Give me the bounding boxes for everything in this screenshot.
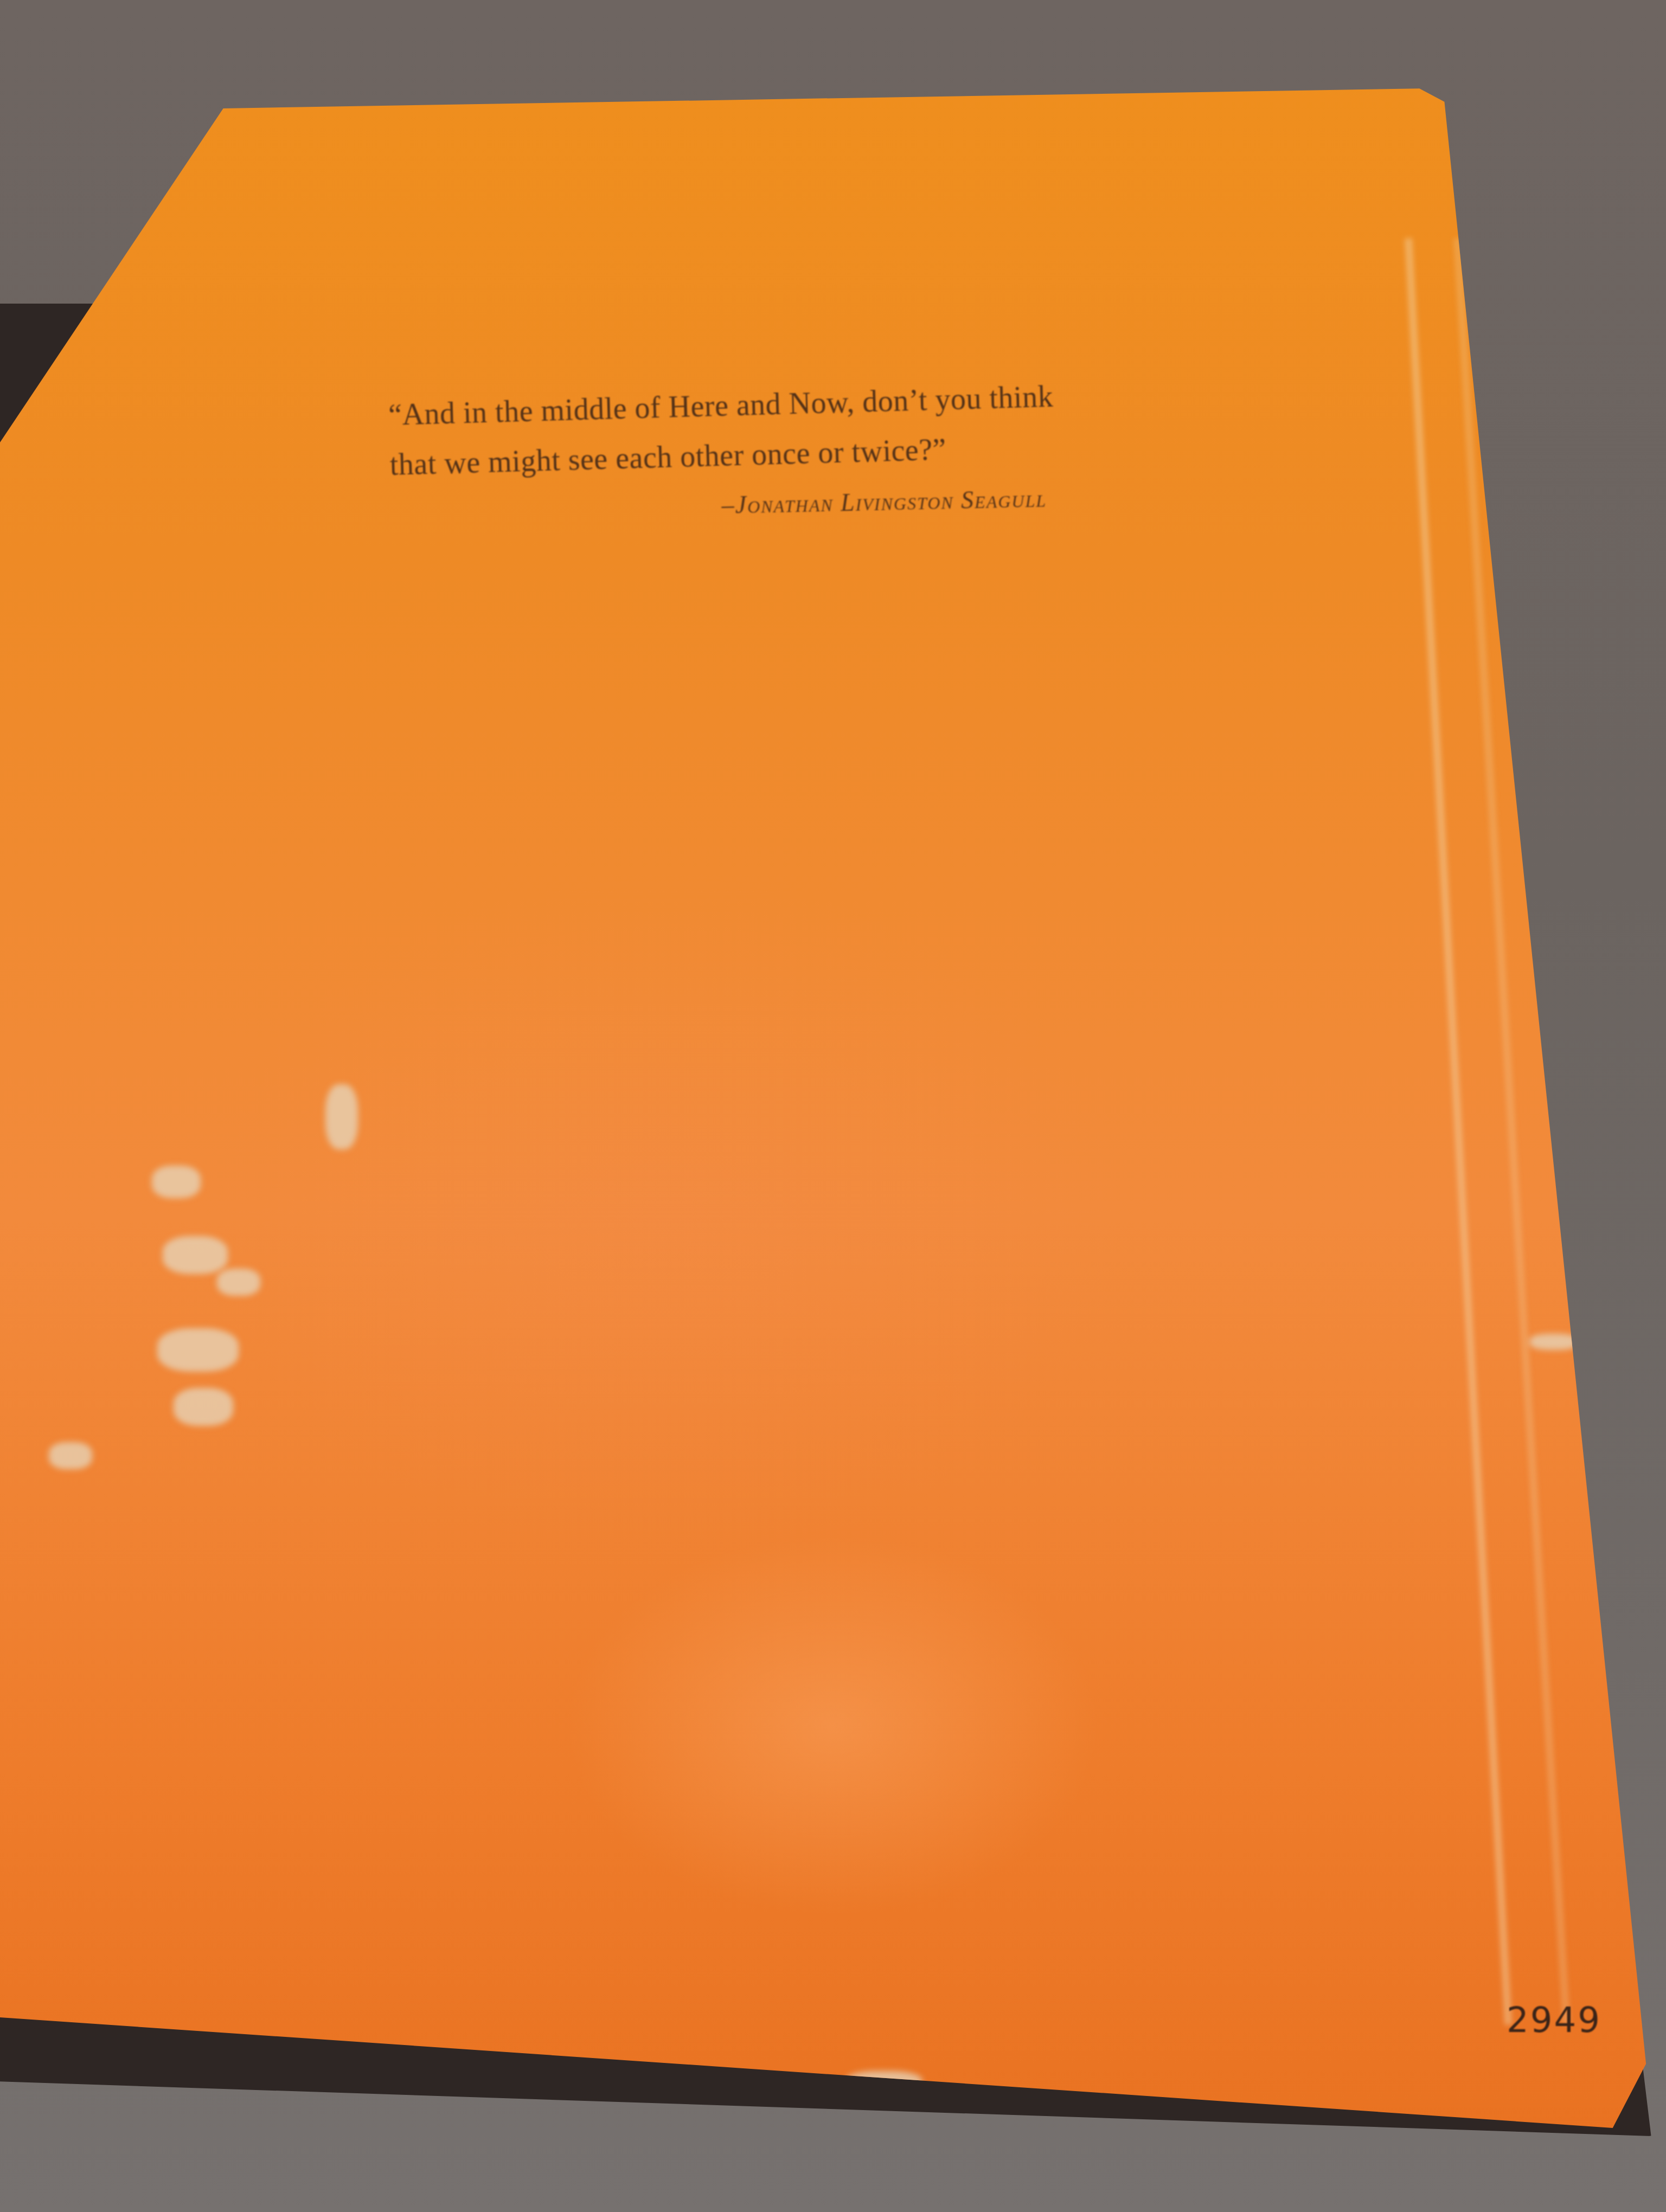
cover-wear-mark	[152, 1166, 201, 1198]
photo-scene: “And in the middle of Here and Now, don’…	[0, 0, 1666, 2212]
quote-attribution: –Jonathan Livingston Seagull	[721, 484, 1047, 519]
cover-wear-mark	[217, 1269, 260, 1296]
catalog-number: 2949	[1507, 2001, 1601, 2041]
cover-wear-mark	[163, 1236, 228, 1274]
spine-crease	[1453, 238, 1570, 2024]
cover-wear-mark	[1529, 1334, 1578, 1350]
book-back-cover: “And in the middle of Here and Now, don’…	[0, 0, 1666, 2212]
cover-wear-mark	[325, 1084, 358, 1149]
cover-wear-mark	[174, 1388, 233, 1426]
spine-crease	[1405, 238, 1512, 2025]
cover-wear-mark	[157, 1328, 239, 1372]
back-cover-quote: “And in the middle of Here and Now, don’…	[388, 365, 1312, 490]
cover-wear-mark	[49, 1442, 92, 1469]
